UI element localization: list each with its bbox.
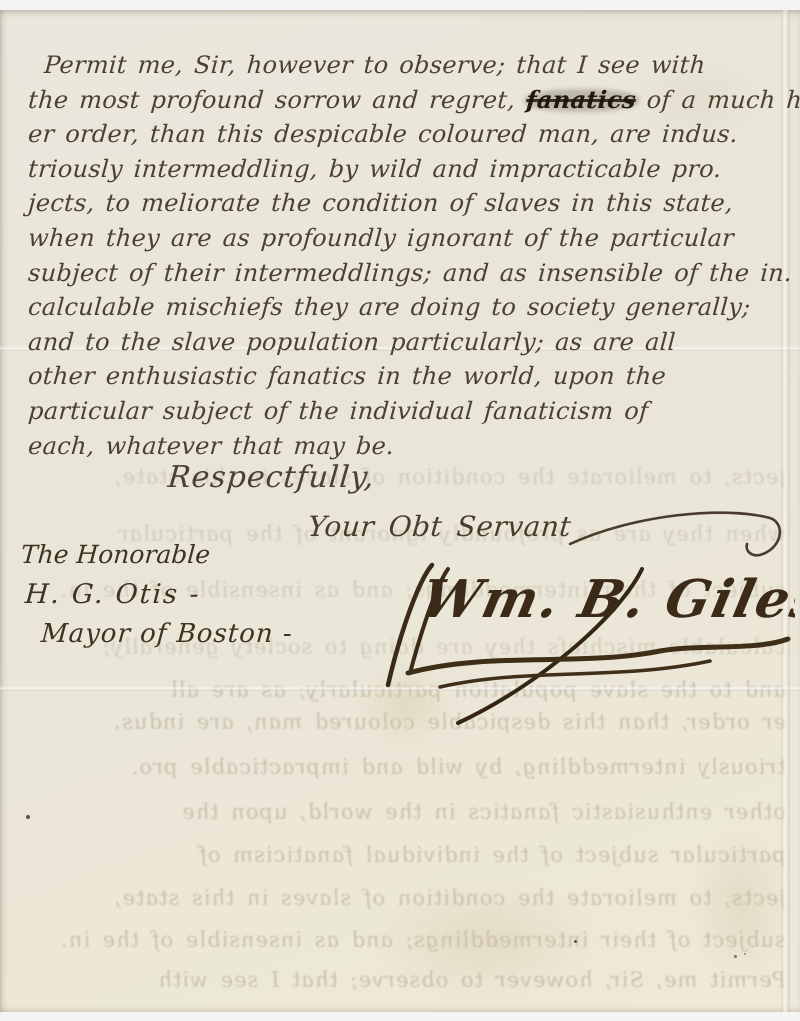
body-line: particular subject of the individual fan… [27, 394, 785, 429]
body-line: triously intermeddling, by wild and impr… [27, 152, 785, 187]
letter-paper: jects, to meliorate the condition of sla… [0, 10, 800, 1012]
signature-block: Wm. B. Giles [380, 555, 795, 730]
signature-flourish [440, 661, 710, 687]
ghost-line: other enthusiastic fanatics in the world… [17, 800, 788, 824]
body-line: other enthusiastic fanatics in the world… [27, 359, 785, 394]
ghost-line: jects, to meliorate the condition of sla… [17, 465, 788, 489]
body-line: jects, to meliorate the condition of sla… [27, 186, 785, 221]
addressee-block: The Honorable H. G. Otis - Mayor of Bost… [20, 540, 292, 649]
ghost-line: particular subject of the individual fan… [17, 843, 788, 867]
body-line: and to the slave population particularly… [27, 325, 785, 360]
addressee-line-2: H. G. Otis - [24, 579, 294, 610]
signature-flourish [408, 639, 788, 673]
signature-name: Wm. B. Giles [416, 570, 795, 630]
body-line: calculable mischiefs they are doing to s… [27, 290, 785, 325]
paper-stain [370, 880, 600, 1000]
closing-salutation: Respectfully, [166, 460, 376, 495]
body-line: when they are as profoundly ignorant of … [27, 221, 785, 256]
addressee-line-1: The Honorable [20, 540, 294, 569]
addressee-line-3: Mayor of Boston - [40, 619, 294, 649]
body-line: Permit me, Sir, however to observe; that… [27, 48, 785, 83]
body-line: each, whatever that may be. [27, 429, 785, 464]
ink-speck [744, 953, 746, 955]
body-line-segment: of a much high. [635, 86, 800, 114]
ink-speck [26, 815, 30, 819]
ghost-line: triously intermeddling, by wild and impr… [17, 755, 788, 779]
body-line: the most profound sorrow and regret, fan… [27, 83, 785, 118]
blotted-word: fanatics [525, 85, 637, 114]
letter-body: Permit me, Sir, however to observe; that… [27, 48, 783, 463]
closing-signoff: Your Obt Servant [307, 510, 573, 543]
ink-speck [734, 955, 737, 958]
body-line: er order, than this despicable coloured … [27, 117, 785, 152]
body-line-segment: the most profound sorrow and regret, [27, 86, 527, 114]
ink-speck [574, 940, 577, 943]
paper-stain [692, 830, 792, 980]
body-line: subject of their intermeddlings; and as … [27, 256, 785, 291]
